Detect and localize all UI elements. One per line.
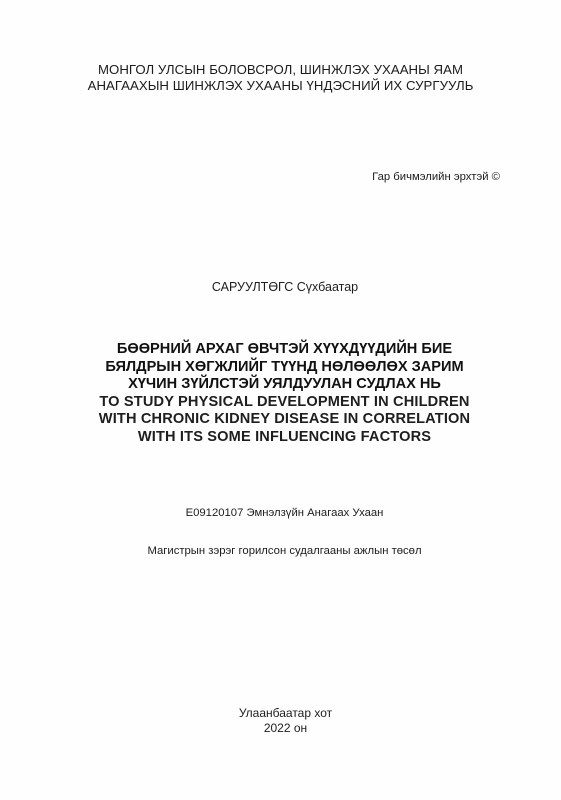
thesis-title: БӨӨРНИЙ АРХАГ ӨВЧТЭЙ ХҮҮХДҮҮДИЙН БИЕ БЯЛ… [0,341,561,446]
title-mn-line-1: БӨӨРНИЙ АРХАГ ӨВЧТЭЙ ХҮҮХДҮҮДИЙН БИЕ [8,341,561,359]
degree-note: Магистрын зэрэг горилсон судалгааны ажлы… [0,544,561,558]
institution-header: МОНГОЛ УЛСЫН БОЛОВСРОЛ, ШИНЖЛЭХ УХААНЫ Я… [0,62,561,94]
university-name: АНАГААХЫН ШИНЖЛЭХ УХААНЫ ҮНДЭСНИЙ ИХ СУР… [0,78,561,94]
place-and-year: Улаанбаатар хот 2022 он [0,706,561,735]
title-en-line-1: TO STUDY PHYSICAL DEVELOPMENT IN CHILDRE… [8,394,561,412]
ministry-name: МОНГОЛ УЛСЫН БОЛОВСРОЛ, ШИНЖЛЭХ УХААНЫ Я… [0,62,561,78]
author-name: САРУУЛТӨГС Сүхбаатар [0,280,561,295]
specialty-code: E09120107 Эмнэлзүйн Анагаах Ухаан [0,506,561,520]
title-mn-line-3: ХҮЧИН ЗҮЙЛСТЭЙ УЯЛДУУЛАН СУДЛАХ НЬ [8,376,561,394]
title-en-line-2: WITH CHRONIC KIDNEY DISEASE IN CORRELATI… [8,411,561,429]
copyright-note: Гар бичмэлийн эрхтэй © [372,170,500,184]
title-mn-line-2: БЯЛДРЫН ХӨГЖЛИЙГ ТҮҮНД НӨЛӨӨЛӨХ ЗАРИМ [8,359,561,377]
year: 2022 он [10,721,561,736]
city: Улаанбаатар хот [10,706,561,721]
title-page: МОНГОЛ УЛСЫН БОЛОВСРОЛ, ШИНЖЛЭХ УХААНЫ Я… [0,0,561,800]
title-en-line-3: WITH ITS SOME INFLUENCING FACTORS [8,429,561,447]
